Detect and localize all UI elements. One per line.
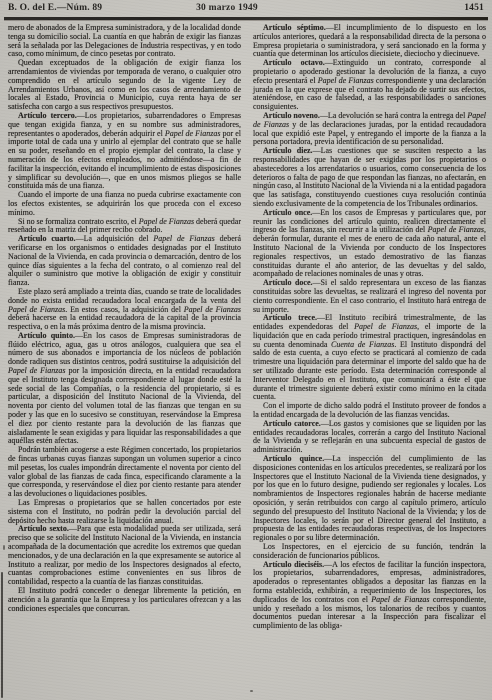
article-heading: Artículo quinto. — [18, 331, 75, 340]
scan-artifact — [3, 545, 5, 550]
issue-number: B. O. del E.—Núm. 89 — [8, 3, 102, 13]
article-heading: Artículo doce. — [263, 278, 313, 287]
italic-phrase: Papel de Fianzas — [8, 305, 65, 314]
paragraph: Artículo doce.—Si el saldo representara … — [253, 279, 486, 314]
article-heading: Artículo séptimo. — [263, 23, 326, 32]
article-heading: Artículo quince. — [263, 454, 324, 463]
article-heading: Artículo trece. — [263, 313, 317, 322]
paragraph: Artículo catorce.—Los gastos y comisione… — [253, 420, 486, 455]
paragraph: Artículo séptimo.—El incumplimiento de l… — [253, 24, 486, 59]
paragraph: Artículo tercero.—Los propietarios, suba… — [8, 112, 241, 191]
italic-phrase: Papel de Fianzas — [165, 129, 221, 138]
page-number: 1451 — [464, 3, 484, 13]
italic-phrase: Papel de Fianzas — [318, 76, 374, 85]
paragraph: mero de abonados de la Empresa suministr… — [8, 24, 241, 59]
paragraph: Artículo once.—En los casos de Empresas … — [253, 209, 486, 279]
paragraph: Los Inspectores, en el ejercicio de su f… — [253, 543, 486, 561]
italic-phrase: Papel de Fianzas — [354, 322, 417, 331]
paragraph: Artículo quinto.—En los casos de Empresa… — [8, 332, 241, 446]
italic-phrase: Papel de Fianzas — [139, 217, 194, 226]
article-heading: Artículo dieciséis. — [263, 560, 324, 569]
publication-date: 30 marzo 1949 — [196, 3, 258, 13]
article-heading: Artículo sexto. — [18, 524, 69, 533]
italic-phrase: Papel de Fianzas — [428, 225, 484, 234]
paragraph: Podrán también acogerse a este Régimen c… — [8, 446, 241, 499]
article-heading: Artículo diez. — [263, 146, 313, 155]
italic-phrase: Papel de Fianzas — [184, 305, 241, 314]
article-heading: Artículo catorce. — [263, 419, 321, 428]
paragraph: Artículo noveno.—La devolución se hará c… — [253, 112, 486, 147]
paragraph: Las Empresas o propietarios que se halle… — [8, 499, 241, 525]
italic-phrase: Papel de Fianzas — [8, 366, 66, 375]
paragraph: Artículo dieciséis.—A los efectos de fac… — [253, 561, 486, 631]
article-heading: Artículo tercero. — [18, 111, 77, 120]
masthead: B. O. del E.—Núm. 89 30 marzo 1949 1451 — [8, 3, 484, 16]
scan-artifact — [470, 300, 472, 302]
text-columns: mero de abonados de la Empresa suministr… — [8, 24, 486, 631]
right-column: Artículo séptimo.—El incumplimiento de l… — [253, 24, 486, 631]
scan-artifact — [1, 572, 3, 698]
scan-artifact — [250, 690, 253, 692]
paragraph: Artículo cuarto.—La adquisición del Pape… — [8, 235, 241, 288]
italic-phrase: Cuenta de Fianzas — [331, 340, 394, 349]
paragraph: Quedan exceptuados de la obligación de e… — [8, 59, 241, 112]
italic-phrase: Papel de Fianzas — [371, 595, 429, 604]
article-heading: Artículo once. — [263, 208, 312, 217]
paragraph: Con el importe de dicho saldo podrá el I… — [253, 402, 486, 420]
article-heading: Artículo noveno. — [263, 111, 320, 120]
article-heading: Artículo cuarto. — [18, 234, 76, 243]
paragraph: El Instituto podrá conceder o denegar li… — [8, 587, 241, 613]
article-heading: Artículo octavo. — [263, 58, 325, 67]
paragraph: Este plazo será ampliado a treinta días,… — [8, 288, 241, 332]
paragraph: Cuando el importe de una fianza no pueda… — [8, 191, 241, 217]
paragraph: Artículo octavo.—Extinguido un contrato,… — [253, 59, 486, 112]
paragraph: Artículo trece.—El Instituto recibirá tr… — [253, 314, 486, 402]
paragraph: Si no se formaliza contrato escrito, el … — [8, 218, 241, 236]
gazette-page: B. O. del E.—Núm. 89 30 marzo 1949 1451 … — [0, 0, 492, 700]
left-column: mero de abonados de la Empresa suministr… — [8, 24, 241, 631]
masthead-rule — [4, 17, 488, 20]
paragraph: Artículo quince.—La inspección del cumpl… — [253, 455, 486, 543]
paragraph: Artículo sexto.—Para que esta modalidad … — [8, 525, 241, 587]
italic-phrase: Papel de Fianzas — [153, 234, 214, 243]
paragraph: Artículo diez.—Las cuestiones que se sus… — [253, 147, 486, 209]
